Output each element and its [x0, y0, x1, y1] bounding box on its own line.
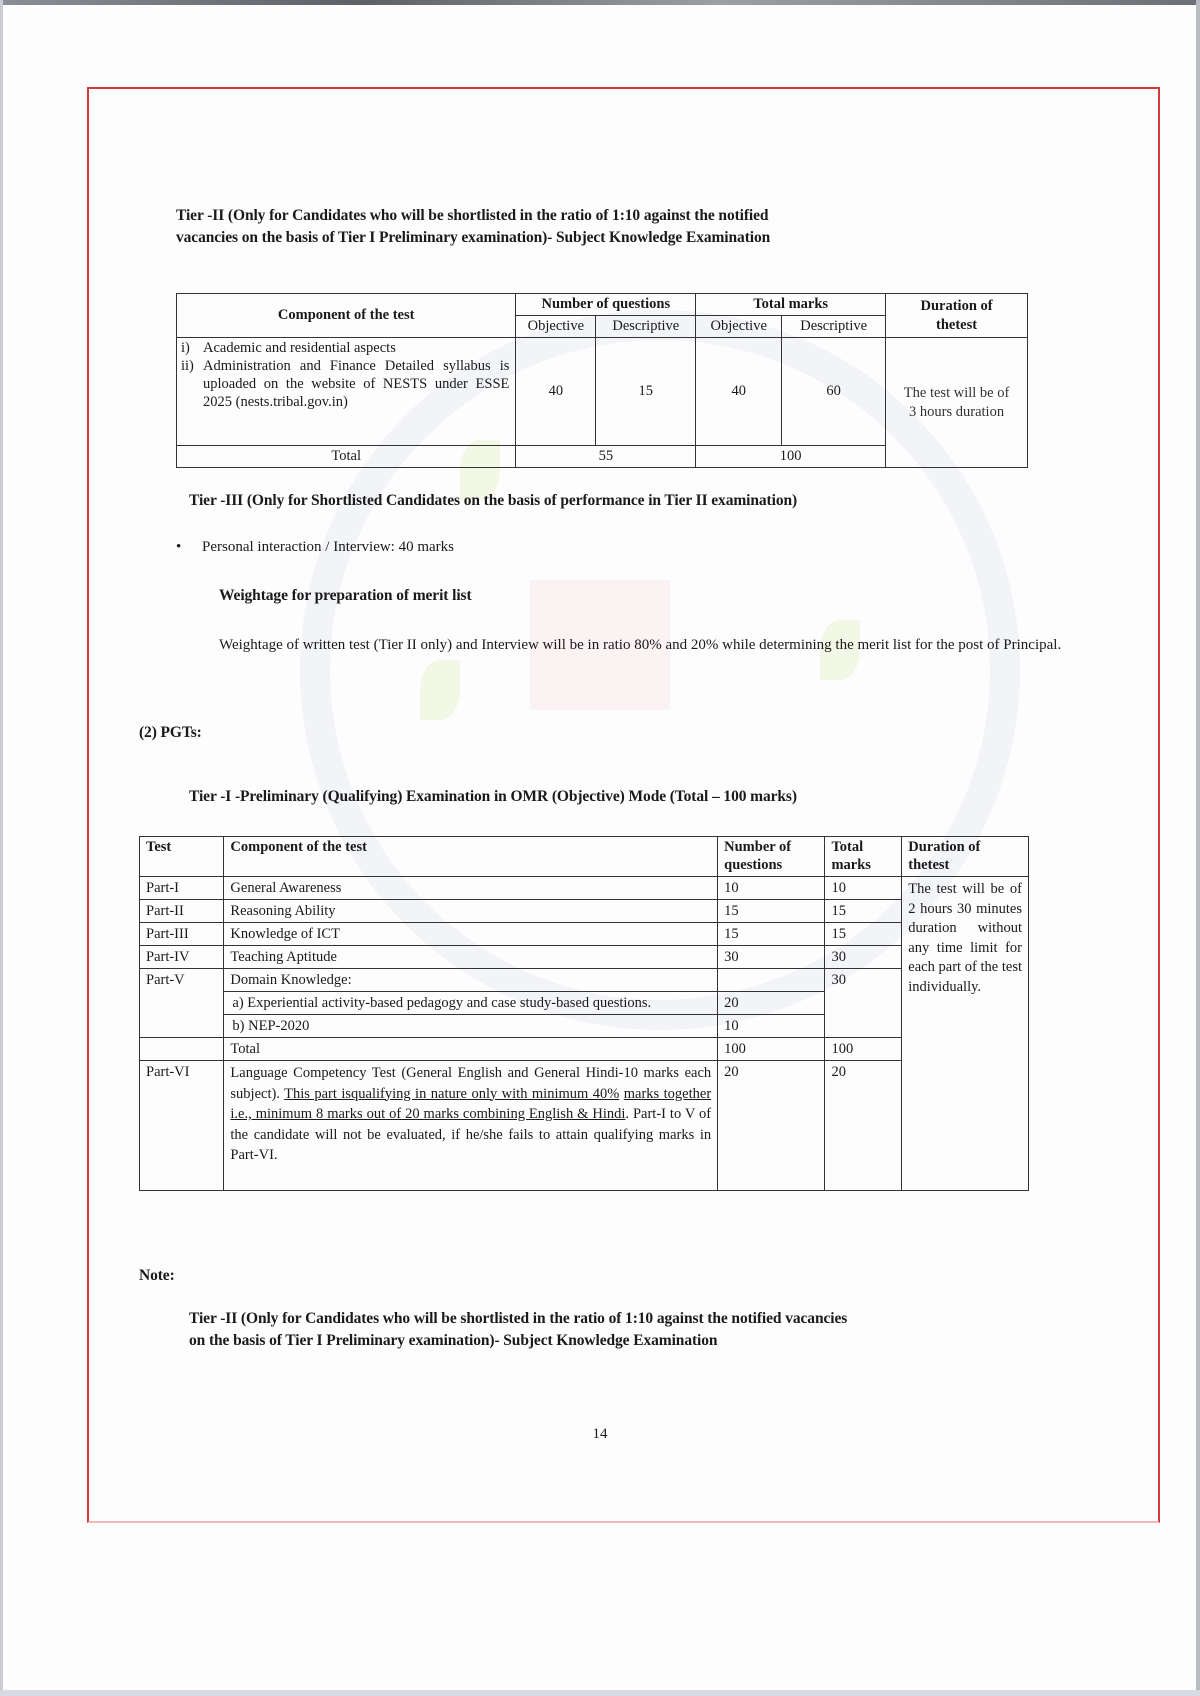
- row-test: [140, 1038, 224, 1061]
- item-marker: ii): [181, 357, 203, 411]
- component-item: i)Academic and residential aspects: [181, 339, 509, 357]
- tier2-heading: Tier -II (Only for Candidates who will b…: [176, 205, 770, 249]
- total-marks: 100: [696, 446, 886, 468]
- header-q-descriptive: Descriptive: [596, 316, 696, 338]
- row-questions: 100: [718, 1038, 825, 1061]
- row-marks: 10: [825, 877, 902, 900]
- header-duration: Duration of thetest: [886, 294, 1028, 338]
- note-heading: Tier -II (Only for Candidates who will b…: [189, 1308, 847, 1352]
- row-marks: 30: [825, 946, 902, 969]
- tier1-heading: Tier -I -Preliminary (Qualifying) Examin…: [189, 786, 797, 808]
- header-test: Test: [140, 837, 224, 877]
- table-row-total: Total 100 100: [140, 1038, 1029, 1061]
- table-row: Part-I General Awareness 10 10 The test …: [140, 877, 1029, 900]
- row-test: Part-II: [140, 900, 224, 923]
- row-component: Reasoning Ability: [224, 900, 718, 923]
- row-component-sub-a: a) Experiential activity-based pedagogy …: [224, 992, 718, 1015]
- header-m-objective: Objective: [696, 316, 782, 338]
- m-objective-value: 40: [696, 338, 782, 446]
- header-num-questions: Number of questions: [516, 294, 696, 316]
- row-marks: 15: [825, 923, 902, 946]
- weightage-text: Weightage of written test (Tier II only)…: [219, 634, 1119, 656]
- row-component: Teaching Aptitude: [224, 946, 718, 969]
- table-row: Part-V Domain Knowledge: 30: [140, 969, 1029, 992]
- pgt-heading: (2) PGTs:: [139, 722, 202, 744]
- header-q-objective: Objective: [516, 316, 596, 338]
- header-component: Component of the test: [177, 294, 516, 338]
- header-component: Component of the test: [224, 837, 718, 877]
- row-test: Part-V: [140, 969, 224, 1038]
- scan-edge-top: [0, 0, 1200, 5]
- note-line2: on the basis of Tier I Preliminary exami…: [189, 1330, 847, 1352]
- scan-edge-bottom: [0, 1690, 1200, 1696]
- tier2-table: Component of the test Number of question…: [176, 293, 1028, 468]
- row-test: Part-IV: [140, 946, 224, 969]
- row-test: Part-I: [140, 877, 224, 900]
- item-text: Administration and Finance Detailed syll…: [203, 357, 509, 411]
- item-marker: i): [181, 339, 203, 357]
- note-line1: Tier -II (Only for Candidates who will b…: [189, 1308, 847, 1330]
- row-component: Knowledge of ICT: [224, 923, 718, 946]
- row-questions: 10: [718, 877, 825, 900]
- row-component: Domain Knowledge:: [224, 969, 718, 992]
- row-test: Part-VI: [140, 1061, 224, 1191]
- note-label: Note:: [139, 1265, 175, 1287]
- row-questions: 30: [718, 946, 825, 969]
- row-questions: 15: [718, 900, 825, 923]
- row-questions: 20: [718, 992, 825, 1015]
- row-marks: 30: [825, 969, 902, 1038]
- total-questions: 55: [516, 446, 696, 468]
- part6-text-underlined: This part isqualifying in nature only wi…: [284, 1086, 619, 1102]
- row-component: Language Competency Test (General Englis…: [224, 1061, 718, 1191]
- row-marks: 15: [825, 900, 902, 923]
- row-test: Part-III: [140, 923, 224, 946]
- total-label: Total: [177, 446, 516, 468]
- header-total-marks: Total marks: [696, 294, 886, 316]
- row-questions: 15: [718, 923, 825, 946]
- component-cell: i)Academic and residential aspects ii)Ad…: [177, 338, 516, 446]
- row-component: Total: [224, 1038, 718, 1061]
- item-text: Academic and residential aspects: [203, 340, 396, 356]
- row-component-sub-b: b) NEP-2020: [224, 1015, 718, 1038]
- row-questions: [718, 969, 825, 992]
- row-questions: 10: [718, 1015, 825, 1038]
- m-descriptive-value: 60: [782, 338, 886, 446]
- table-row: Part-III Knowledge of ICT 15 15: [140, 923, 1029, 946]
- q-descriptive-value: 15: [596, 338, 696, 446]
- row-marks: 20: [825, 1061, 902, 1191]
- tier2-heading-line2: vacancies on the basis of Tier I Prelimi…: [176, 227, 770, 249]
- tier1-table: Test Component of the test Number of que…: [139, 836, 1029, 1191]
- table-row: Part-VI Language Competency Test (Genera…: [140, 1061, 1029, 1191]
- bullet-icon: •: [176, 536, 202, 558]
- tier2-heading-line1: Tier -II (Only for Candidates who will b…: [176, 205, 770, 227]
- table-row: Part-IV Teaching Aptitude 30 30: [140, 946, 1029, 969]
- bullet-text: Personal interaction / Interview: 40 mar…: [202, 539, 454, 555]
- tier3-bullet: •Personal interaction / Interview: 40 ma…: [176, 536, 454, 558]
- q-objective-value: 40: [516, 338, 596, 446]
- table-row: Part-II Reasoning Ability 15 15: [140, 900, 1029, 923]
- duration-value: The test will be of 3 hours duration: [886, 338, 1028, 468]
- header-total-marks: Total marks: [825, 837, 902, 877]
- header-m-descriptive: Descriptive: [782, 316, 886, 338]
- duration-value: The test will be of 2 hours 30 minutes d…: [902, 877, 1029, 1191]
- row-component: General Awareness: [224, 877, 718, 900]
- header-num-questions: Number of questions: [718, 837, 825, 877]
- tier3-heading: Tier -III (Only for Shortlisted Candidat…: [189, 490, 797, 512]
- row-questions: 20: [718, 1061, 825, 1191]
- page-number: 14: [0, 1426, 1200, 1443]
- header-duration: Duration of thetest: [902, 837, 1029, 877]
- component-item: ii)Administration and Finance Detailed s…: [181, 357, 509, 411]
- weightage-heading: Weightage for preparation of merit list: [219, 585, 472, 607]
- row-marks: 100: [825, 1038, 902, 1061]
